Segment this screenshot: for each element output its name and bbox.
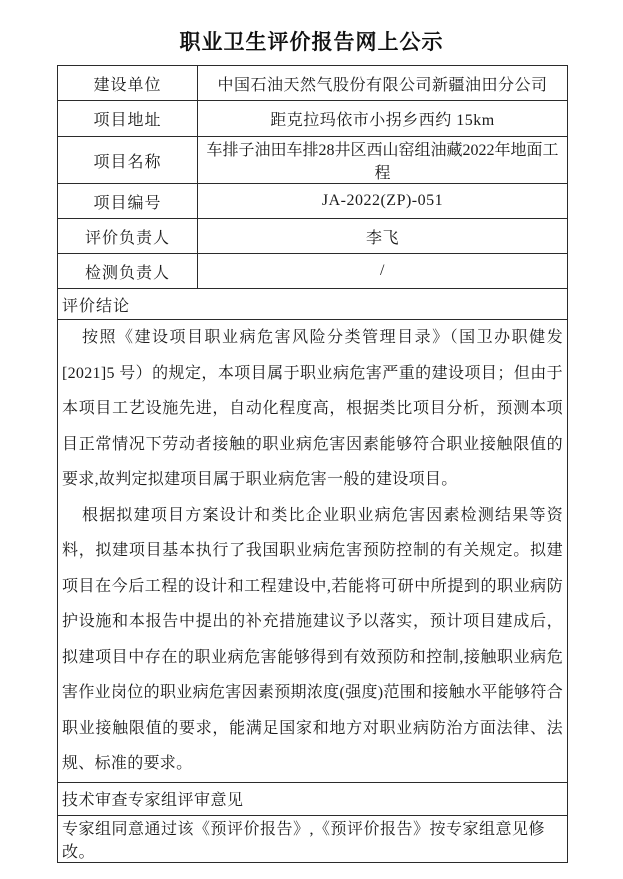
review-header: 技术审查专家组评审意见 — [58, 782, 568, 815]
table-row-review-opinion: 专家组同意通过该《预评价报告》,《预评价报告》按专家组意见修改。 — [58, 815, 568, 862]
conclusion-header: 评价结论 — [58, 289, 568, 320]
table-row-construction-unit: 建设单位 中国石油天然气股份有限公司新疆油田分公司 — [58, 66, 568, 101]
project-address-label: 项目地址 — [58, 101, 198, 137]
construction-unit-value: 中国石油天然气股份有限公司新疆油田分公司 — [198, 66, 568, 101]
conclusion-paragraph-2: 根据拟建项目方案设计和类比企业职业病危害因素检测结果等资料，拟建项目基本执行了我… — [62, 498, 563, 782]
construction-unit-label: 建设单位 — [58, 66, 198, 101]
conclusion-body: 按照《建设项目职业病危害风险分类管理目录》（国卫办职健发[2021]5 号）的规… — [58, 320, 568, 783]
table-row-project-address: 项目地址 距克拉玛依市小拐乡西约 15km — [58, 101, 568, 137]
table-row-review-header: 技术审查专家组评审意见 — [58, 782, 568, 815]
table-row-testing-leader: 检测负责人 / — [58, 254, 568, 289]
evaluation-leader-value: 李飞 — [198, 219, 568, 254]
project-address-value: 距克拉玛依市小拐乡西约 15km — [198, 101, 568, 137]
evaluation-leader-label: 评价负责人 — [58, 219, 198, 254]
project-name-label: 项目名称 — [58, 137, 198, 184]
table-row-evaluation-leader: 评价负责人 李飞 — [58, 219, 568, 254]
table-row-project-number: 项目编号 JA-2022(ZP)-051 — [58, 184, 568, 219]
document-page: 职业卫生评价报告网上公示 建设单位 中国石油天然气股份有限公司新疆油田分公司 项… — [0, 0, 623, 879]
project-number-label: 项目编号 — [58, 184, 198, 219]
project-name-value: 车排子油田车排28井区西山窑组油藏2022年地面工程 — [198, 137, 568, 184]
table-row-conclusion-body: 按照《建设项目职业病危害风险分类管理目录》（国卫办职健发[2021]5 号）的规… — [58, 320, 568, 783]
table-row-project-name: 项目名称 车排子油田车排28井区西山窑组油藏2022年地面工程 — [58, 137, 568, 184]
review-opinion: 专家组同意通过该《预评价报告》,《预评价报告》按专家组意见修改。 — [58, 815, 568, 862]
page-title: 职业卫生评价报告网上公示 — [0, 0, 623, 56]
project-number-value: JA-2022(ZP)-051 — [198, 184, 568, 219]
report-table: 建设单位 中国石油天然气股份有限公司新疆油田分公司 项目地址 距克拉玛依市小拐乡… — [57, 65, 568, 863]
table-row-conclusion-header: 评价结论 — [58, 289, 568, 320]
conclusion-paragraph-1: 按照《建设项目职业病危害风险分类管理目录》（国卫办职健发[2021]5 号）的规… — [62, 320, 563, 498]
testing-leader-label: 检测负责人 — [58, 254, 198, 289]
testing-leader-value: / — [198, 254, 568, 289]
